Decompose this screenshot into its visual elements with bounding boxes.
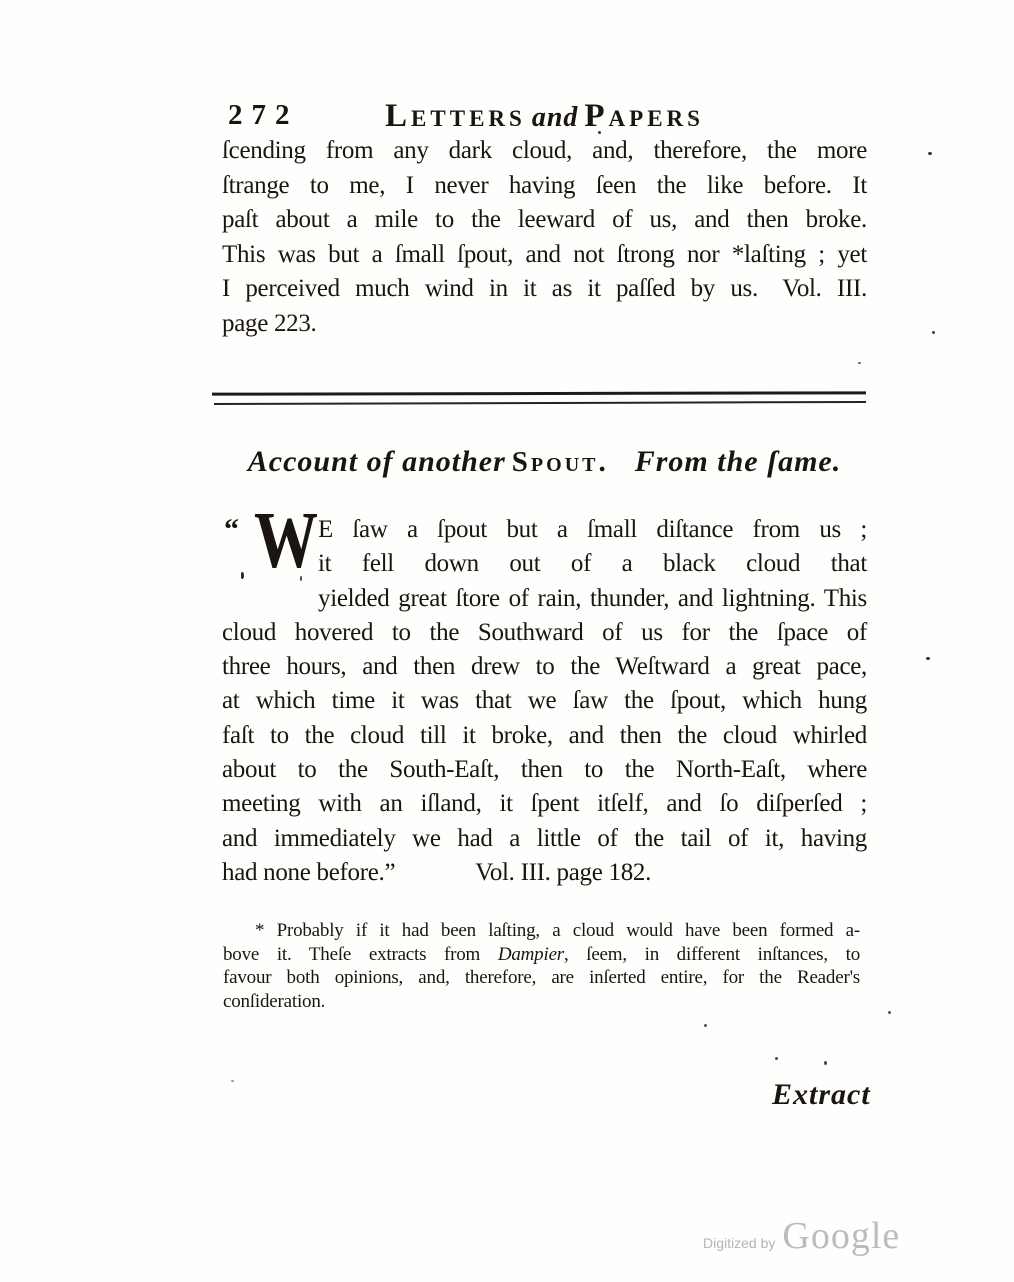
scan-speck: [241, 572, 244, 579]
closing-quote-text: had none before.”: [222, 859, 395, 886]
heading-italic-tail: From the ſame.: [635, 445, 842, 478]
footnote-text: , ſeem, in different inſtances, to: [564, 944, 860, 965]
text-line: ſcending from any dark cloud, and, there…: [222, 134, 867, 169]
footnote: * Probably if it had been laſting, a clo…: [223, 919, 860, 1013]
paragraph-second-account: “ W E ſaw a ſpout but a ſmall diſtance f…: [222, 513, 867, 890]
text-line: at which time it was that we ſaw the ſpo…: [222, 684, 867, 718]
scan-speck: [858, 362, 861, 364]
section-divider-rule-bottom: [214, 401, 866, 405]
footnote-line: * Probably if it had been laſting, a clo…: [223, 919, 860, 943]
footnote-italic-dampier: Dampier: [498, 944, 564, 965]
opening-quote-mark: “: [224, 515, 239, 545]
running-title-letters: Letters: [385, 98, 526, 134]
scan-speck: [231, 1080, 234, 1082]
google-logo-text: Google: [782, 1214, 900, 1258]
digitized-by-label: Digitized by: [703, 1235, 775, 1251]
running-title-and: and: [526, 102, 585, 133]
text-line: page 223.: [222, 307, 867, 342]
footnote-line: conſideration.: [223, 990, 860, 1014]
footnote-line: favour both opinions, and, therefore, ar…: [223, 966, 860, 990]
scan-speck: [704, 1024, 707, 1027]
volume-reference: Vol. III. page 182.: [475, 859, 651, 886]
text-line: and immediately we had a little of the t…: [222, 822, 867, 856]
paragraph-first-account: ſcending from any dark cloud, and, there…: [222, 134, 867, 342]
scan-speck: [300, 576, 302, 581]
scan-speck: [926, 657, 930, 660]
running-title: LettersandPapers: [222, 98, 867, 135]
text-line: it fell down out of a black cloud that: [222, 547, 867, 581]
text-line: meeting with an iſland, it ſpent itſelf,…: [222, 787, 867, 821]
text-line: three hours, and then drew to the Weſtwa…: [222, 650, 867, 684]
heading-smallcaps-spout: Spout.: [506, 446, 609, 478]
text-line: cloud hovered to the Southward of us for…: [222, 616, 867, 650]
book-page-scan: 272 LettersandPapers ſcending from any d…: [0, 0, 1014, 1282]
heading-italic-lead: Account of another: [248, 445, 506, 478]
scan-speck: [775, 1057, 778, 1060]
text-line: ſtrange to me, I never having ſeen the l…: [222, 169, 867, 204]
text-line: paſt about a mile to the leeward of us, …: [222, 203, 867, 238]
footnote-line: bove it. Theſe extracts from Dampier, ſe…: [223, 943, 860, 967]
scan-speck: [932, 331, 935, 334]
text-line: This was but a ſmall ſpout, and not ſtro…: [222, 238, 867, 273]
scan-speck: [824, 1061, 827, 1065]
text-line: E ſaw a ſpout but a ſmall diſtance from …: [222, 513, 867, 547]
running-title-papers: Papers: [584, 98, 704, 134]
scan-speck: [598, 131, 601, 134]
text-line: faſt to the cloud till it broke, and the…: [222, 719, 867, 753]
digitized-by-google-watermark: Digitized by Google: [703, 1214, 900, 1258]
dropcap-block: “ W: [222, 513, 318, 583]
text-line: I perceived much wind in it as it paſſed…: [222, 272, 867, 307]
scan-speck: [928, 152, 932, 155]
dropcap-letter: W: [254, 501, 318, 581]
text-line-last: had none before.”Vol. III. page 182.: [222, 856, 867, 890]
section-heading: Account of anotherSpout.From the ſame.: [222, 445, 867, 479]
scan-speck: [888, 1011, 891, 1014]
section-divider-rule-top: [212, 391, 866, 395]
scan-speck: [690, 117, 697, 119]
text-line: about to the South-Eaſt, then to the Nor…: [222, 753, 867, 787]
footnote-text: bove it. Theſe extracts from: [223, 944, 498, 965]
text-line: yielded great ſtore of rain, thunder, an…: [222, 582, 867, 616]
catchword-extract: Extract: [772, 1078, 871, 1112]
